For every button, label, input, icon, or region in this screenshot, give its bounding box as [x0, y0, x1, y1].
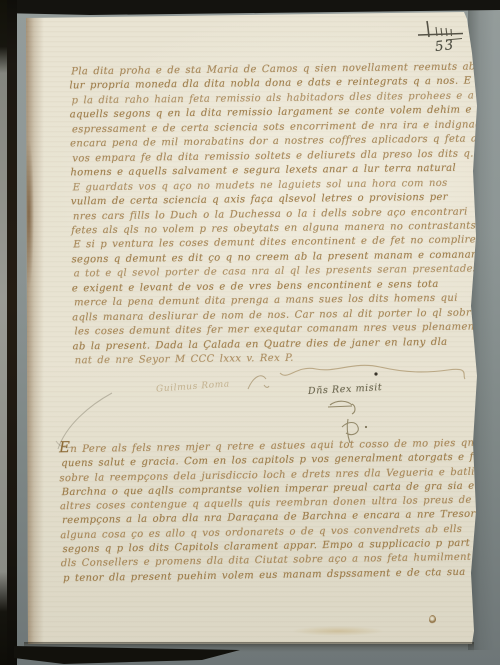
scan-left-margin: [0, 0, 7, 665]
parchment-stain: [292, 626, 384, 636]
royal-expedition-note: Dñs Rex misit: [308, 382, 383, 397]
ink-speck: [429, 615, 436, 624]
gutter-shadow: [26, 11, 44, 644]
signature-left-flourish: [244, 371, 270, 393]
manuscript-page: 53 Pla dita proha e de sta Maria de Camo…: [26, 11, 478, 644]
main-text-block: Pla dita proha e de sta Maria de Camos q…: [71, 61, 467, 369]
folio-number: 53: [434, 37, 455, 55]
rubric-flourish: [276, 353, 468, 383]
manuscript-scan-viewport: { "page": { "folio_number": "53", "old_f…: [0, 0, 500, 665]
chancery-signature-left: Guilmus Roma: [156, 379, 230, 394]
second-text-block: En Pere als fels nres mjer q retre e ast…: [59, 434, 469, 586]
